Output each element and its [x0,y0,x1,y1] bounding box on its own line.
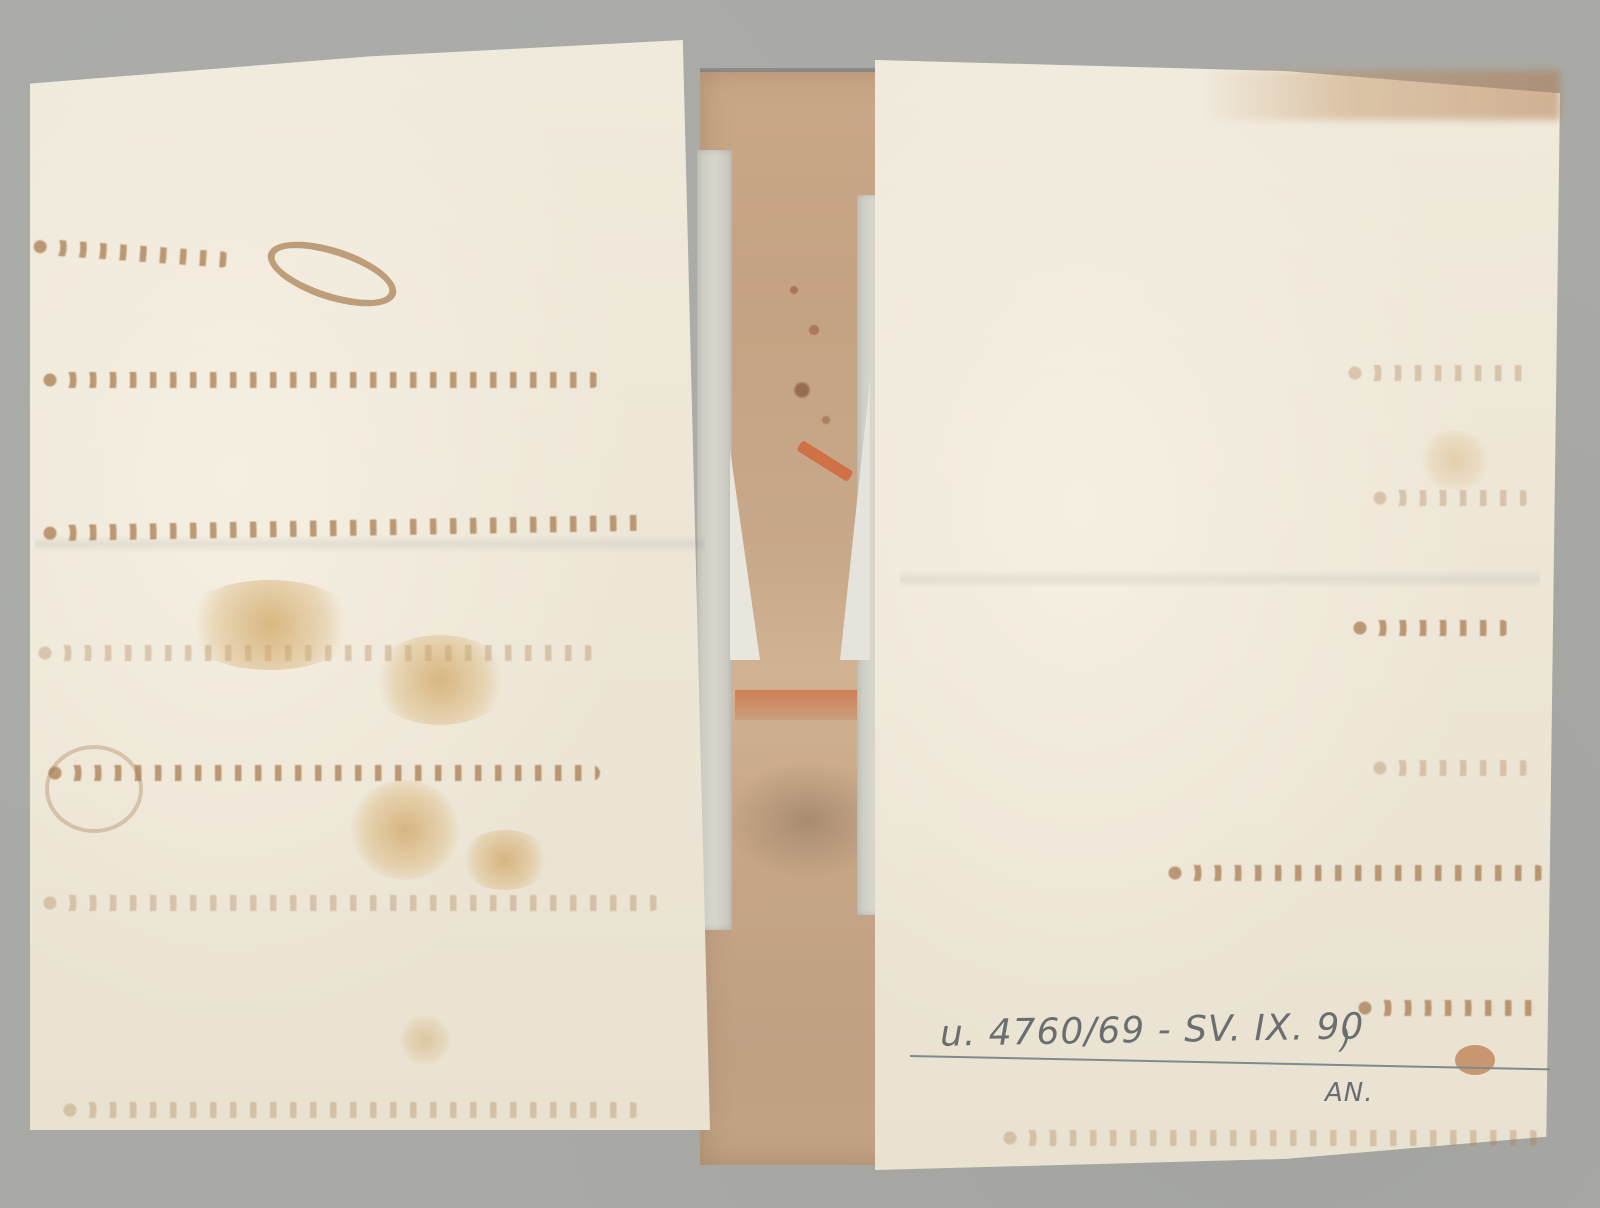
bleed-through-script [1345,365,1535,381]
bleed-through-script [1350,620,1510,636]
foxing-stain [460,830,550,890]
bleed-through-script [1165,865,1545,881]
bleed-through-script [40,895,660,911]
spine-top-edge [700,68,880,72]
foxing-stain [350,780,460,880]
foxing-stain [400,1015,450,1065]
bleed-through-script [60,1102,640,1118]
foxing-stain [180,580,360,670]
foxing-stain [1420,430,1490,490]
foxing-stain [370,635,510,725]
bleed-through-script [40,372,600,388]
horizontal-fold [900,570,1540,588]
ink-spot [1455,1045,1495,1075]
bleed-through-script [1370,760,1530,776]
left-paper-leaf [30,40,710,1130]
pencil-mark: ) [1340,1022,1352,1055]
pencil-initials: AN. [1325,1078,1374,1108]
top-edge-stain [1200,70,1560,120]
bleed-through-script [1355,1000,1545,1016]
archival-pencil-reference: u. 4760/69 - SV. IX. 90 [940,1006,1365,1054]
bleed-through-script [1000,1130,1540,1146]
bleed-through-script [1370,490,1530,506]
spine-foxing [770,250,850,450]
bleed-through-flourish [45,745,143,833]
